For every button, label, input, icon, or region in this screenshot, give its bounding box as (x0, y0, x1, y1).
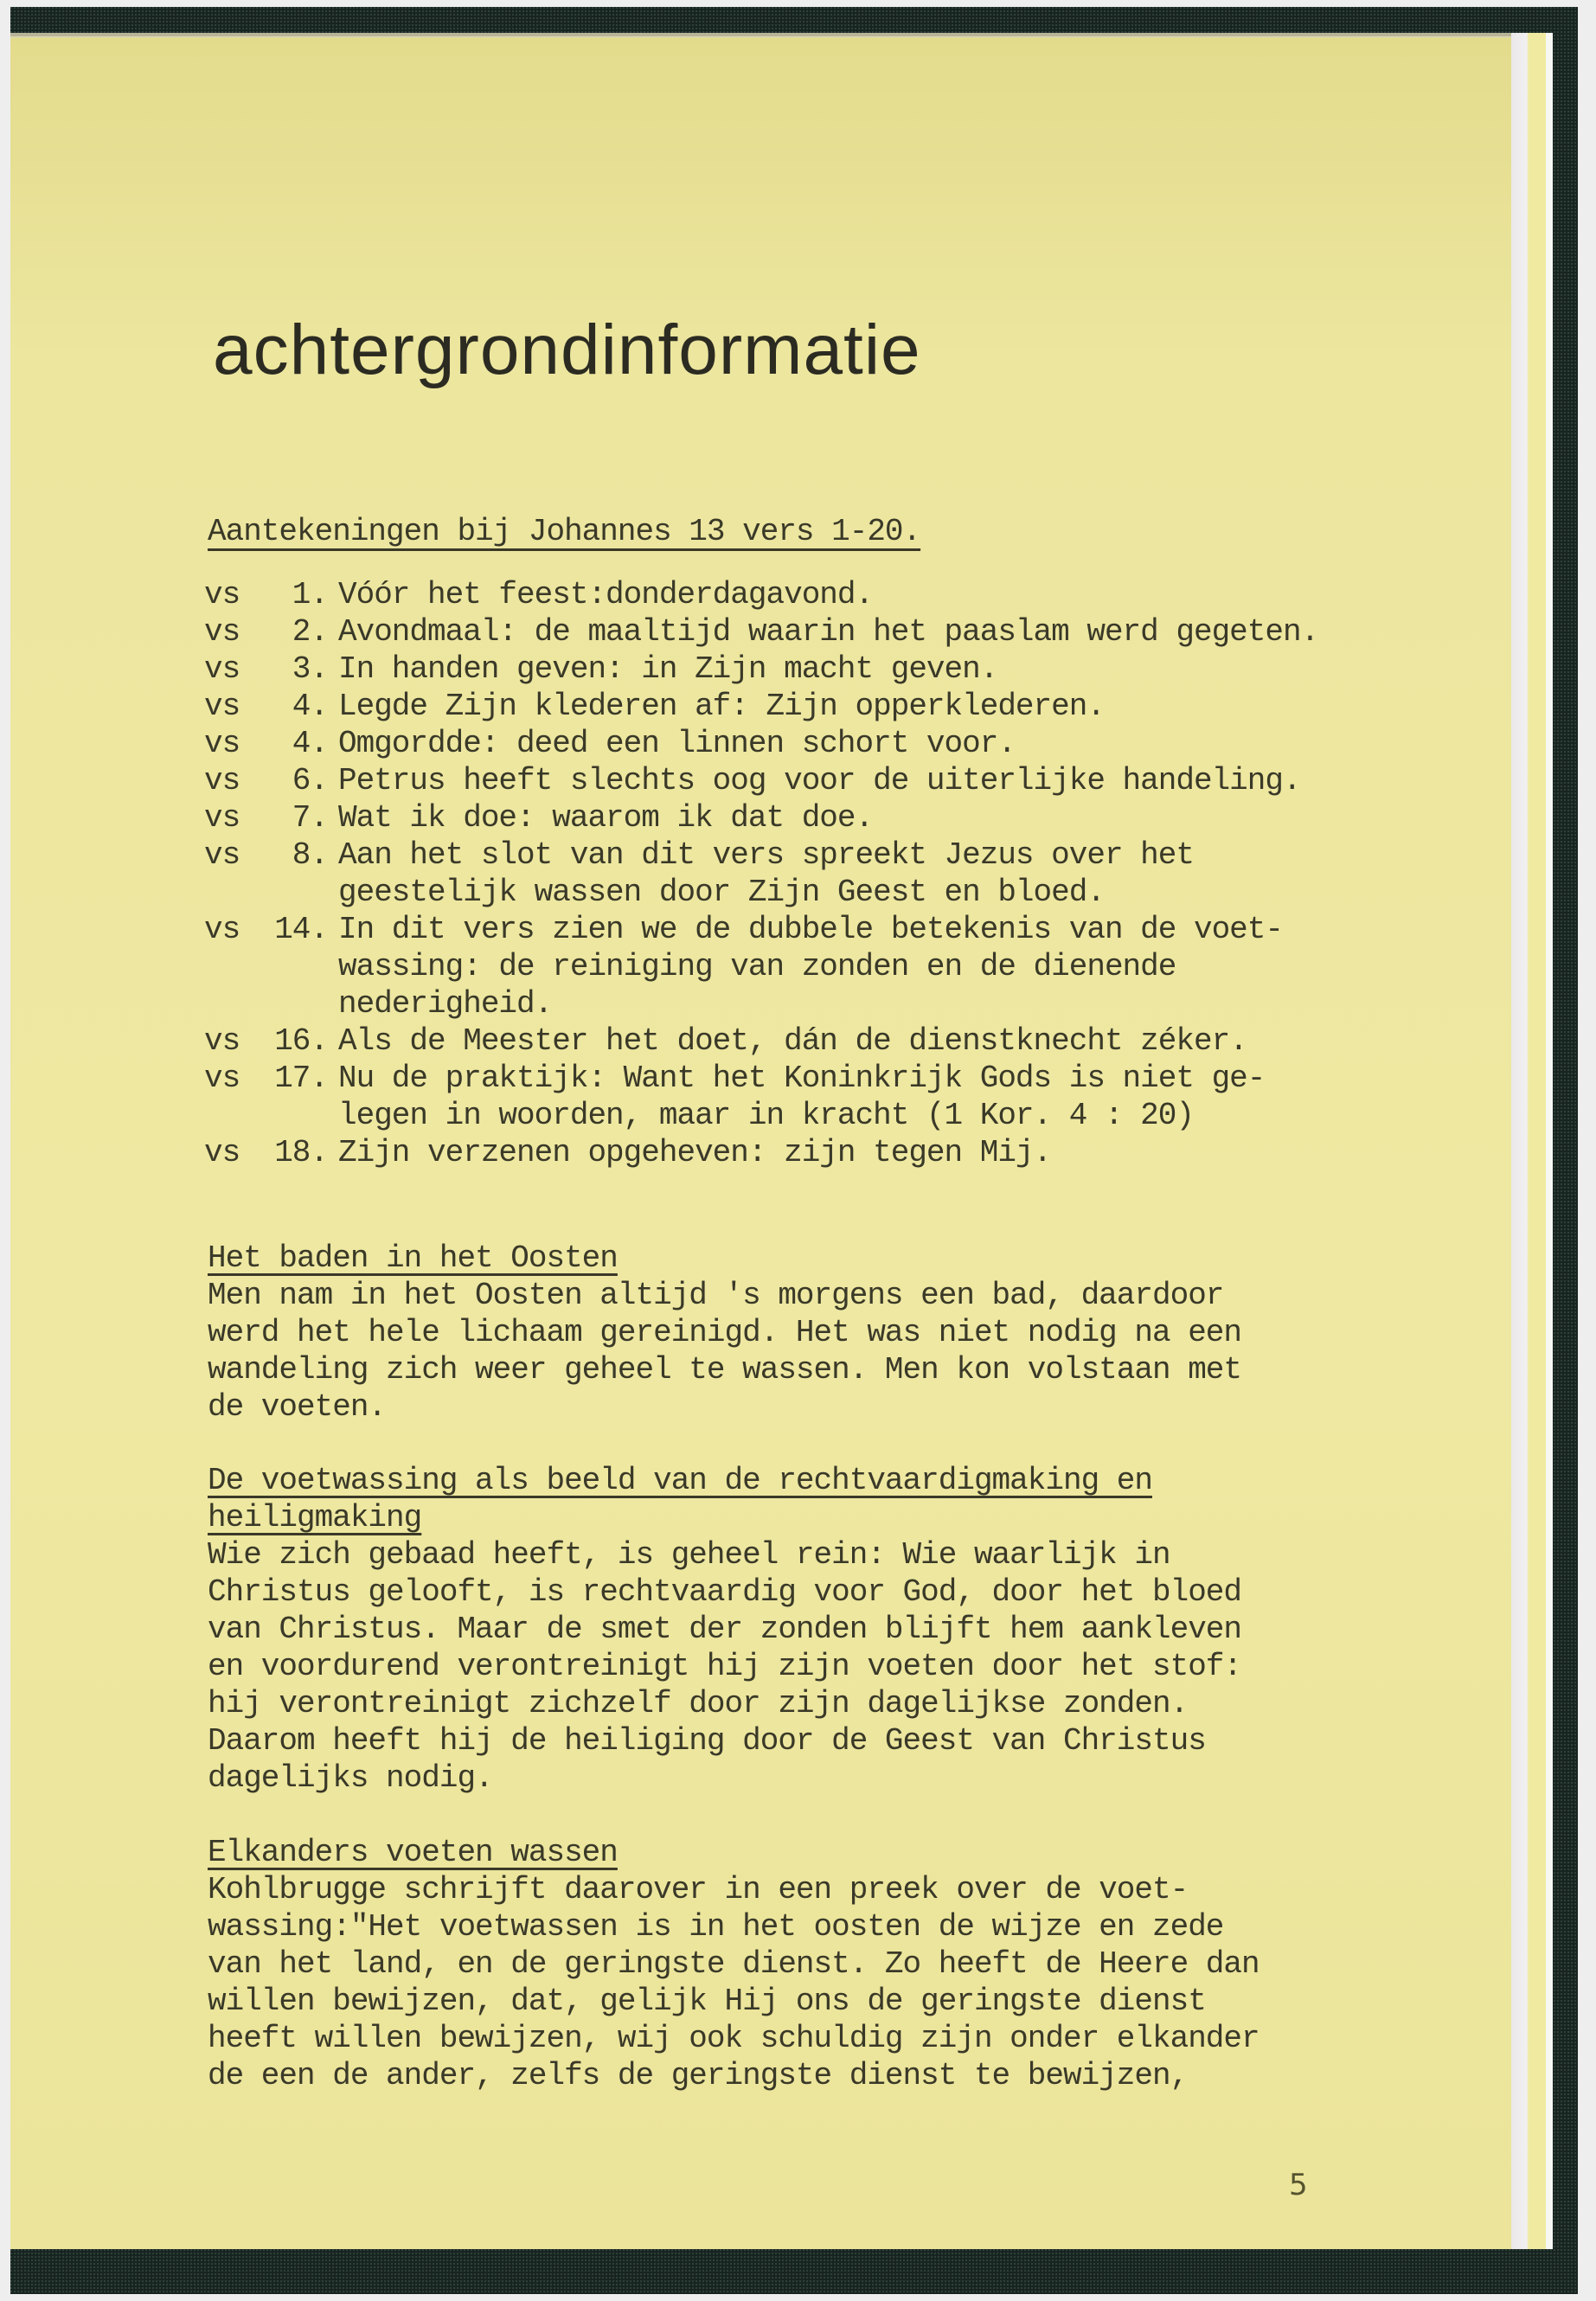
verse-text: Als de Meester het doet, dán de dienstkn… (338, 1022, 1247, 1060)
verse-text: Nu de praktijk: Want het Koninkrijk Gods… (338, 1060, 1265, 1134)
paragraph-line: werd het hele lichaam gereinigd. Het was… (208, 1314, 1436, 1351)
verse-text-line: Zijn verzenen opgeheven: zijn tegen Mij. (338, 1134, 1051, 1171)
notes-subheading: Aantekeningen bij Johannes 13 vers 1-20. (208, 513, 920, 550)
verse-number: 1. (269, 576, 338, 613)
paragraph-line: wassing:"Het voetwassen is in het oosten… (208, 1908, 1436, 1945)
verse-text: Omgordde: deed een linnen schort voor. (338, 725, 1016, 762)
verse-text-line: In dit vers zien we de dubbele betekenis… (338, 911, 1283, 948)
verse-text-line: Avondmaal: de maaltijd waarin het paasla… (338, 613, 1318, 651)
verse-item: vs1.Vóór het feest:donderdagavond. (204, 576, 1318, 613)
verse-text-line: Vóór het feest:donderdagavond. (338, 576, 873, 613)
verse-number: 4. (269, 725, 338, 762)
verse-item: vs17.Nu de praktijk: Want het Koninkrijk… (204, 1060, 1318, 1134)
paragraph-line: van Christus. Maar de smet der zonden bl… (208, 1611, 1436, 1648)
verse-text-line: nederigheid. (338, 985, 1283, 1022)
verse-text-line: Nu de praktijk: Want het Koninkrijk Gods… (338, 1060, 1265, 1097)
paragraph-line: Daarom heeft hij de heiliging door de Ge… (208, 1722, 1436, 1759)
verse-text: In handen geven: in Zijn macht geven. (338, 651, 997, 688)
paragraph-line: Kohlbrugge schrijft daarover in een pree… (208, 1871, 1436, 1908)
section-heading: De voetwassing als beeld van de rechtvaa… (208, 1462, 1436, 1499)
verse-item: vs6.Petrus heeft slechts oog voor de uit… (204, 762, 1318, 799)
verse-text: Zijn verzenen opgeheven: zijn tegen Mij. (338, 1134, 1051, 1171)
verse-prefix: vs (204, 688, 269, 725)
verse-text-line: Petrus heeft slechts oog voor de uiterli… (338, 762, 1301, 799)
verse-text-line: Wat ik doe: waarom ik dat doe. (338, 799, 873, 836)
verse-number: 3. (269, 651, 338, 688)
verse-item: vs3.In handen geven: in Zijn macht geven… (204, 651, 1318, 688)
verse-prefix: vs (204, 762, 269, 799)
section-heading: Het baden in het Oosten (208, 1240, 1436, 1277)
paragraph-line: Christus gelooft, is rechtvaardig voor G… (208, 1574, 1436, 1611)
section-baden: Het baden in het OostenMen nam in het Oo… (208, 1240, 1436, 1426)
verse-text: Avondmaal: de maaltijd waarin het paasla… (338, 613, 1318, 651)
verse-text: Vóór het feest:donderdagavond. (338, 576, 873, 613)
verse-prefix: vs (204, 651, 269, 688)
paragraph-line: en voordurend verontreinigt hij zijn voe… (208, 1648, 1436, 1685)
verse-item: vs4.Legde Zijn klederen af: Zijn opperkl… (204, 688, 1318, 725)
paragraph-line: willen bewijzen, dat, gelijk Hij ons de … (208, 1983, 1436, 2020)
page-title: achtergrondinformatie (213, 310, 921, 391)
verse-prefix: vs (204, 725, 269, 762)
paragraph-line: wandeling zich weer geheel te wassen. Me… (208, 1351, 1436, 1388)
verse-prefix: vs (204, 1134, 269, 1171)
verse-text-line: Legde Zijn klederen af: Zijn opperkleder… (338, 688, 1105, 725)
verse-number: 7. (269, 799, 338, 836)
verse-item: vs8.Aan het slot van dit vers spreekt Je… (204, 836, 1318, 911)
verse-text: Aan het slot van dit vers spreekt Jezus … (338, 836, 1194, 911)
verse-item: vs7.Wat ik doe: waarom ik dat doe. (204, 799, 1318, 836)
verse-text-line: legen in woorden, maar in kracht (1 Kor.… (338, 1097, 1265, 1134)
paragraph-line: heeft willen bewijzen, wij ook schuldig … (208, 2020, 1436, 2057)
verse-prefix: vs (204, 613, 269, 651)
verse-number: 17. (269, 1060, 338, 1134)
verse-item: vs16.Als de Meester het doet, dán de die… (204, 1022, 1318, 1060)
verse-text: Legde Zijn klederen af: Zijn opperkleder… (338, 688, 1105, 725)
verse-text-line: wassing: de reiniging van zonden en de d… (338, 948, 1283, 985)
section-heading: heiligmaking (208, 1499, 1436, 1536)
verse-item: vs4.Omgordde: deed een linnen schort voo… (204, 725, 1318, 762)
verse-text: Wat ik doe: waarom ik dat doe. (338, 799, 873, 836)
verse-text-line: Als de Meester het doet, dán de dienstkn… (338, 1022, 1247, 1060)
verse-text: In dit vers zien we de dubbele betekenis… (338, 911, 1283, 1022)
verse-number: 6. (269, 762, 338, 799)
verse-prefix: vs (204, 911, 269, 1022)
verse-item: vs18.Zijn verzenen opgeheven: zijn tegen… (204, 1134, 1318, 1171)
verse-text-line: Aan het slot van dit vers spreekt Jezus … (338, 836, 1194, 874)
section-voetwassing-beeld: De voetwassing als beeld van de rechtvaa… (208, 1462, 1436, 1797)
verse-prefix: vs (204, 799, 269, 836)
verse-number: 18. (269, 1134, 338, 1171)
paragraph-line: van het land, en de geringste dienst. Zo… (208, 1945, 1436, 1983)
verse-prefix: vs (204, 1060, 269, 1134)
section-heading: Elkanders voeten wassen (208, 1834, 1436, 1871)
paragraph-line: de voeten. (208, 1388, 1436, 1426)
section-elkanders-voeten: Elkanders voeten wassenKohlbrugge schrij… (208, 1834, 1436, 2094)
verse-text-line: geestelijk wassen door Zijn Geest en blo… (338, 874, 1194, 911)
verse-number: 14. (269, 911, 338, 1022)
paragraph-line: Wie zich gebaad heeft, is geheel rein: W… (208, 1536, 1436, 1574)
verse-notes-list: vs1.Vóór het feest:donderdagavond.vs2.Av… (204, 576, 1318, 1171)
document-page: achtergrondinformatie Aantekeningen bij … (10, 33, 1511, 2249)
paragraph-line: dagelijks nodig. (208, 1759, 1436, 1797)
verse-number: 4. (269, 688, 338, 725)
verse-number: 2. (269, 613, 338, 651)
verse-prefix: vs (204, 576, 269, 613)
paragraph-line: hij verontreinigt zichzelf door zijn dag… (208, 1685, 1436, 1722)
verse-item: vs14.In dit vers zien we de dubbele bete… (204, 911, 1318, 1022)
verse-number: 8. (269, 836, 338, 911)
paragraph-line: Men nam in het Oosten altijd 's morgens … (208, 1277, 1436, 1314)
verse-text: Petrus heeft slechts oog voor de uiterli… (338, 762, 1301, 799)
verse-item: vs2.Avondmaal: de maaltijd waarin het pa… (204, 613, 1318, 651)
verse-number: 16. (269, 1022, 338, 1060)
paragraph-line: de een de ander, zelfs de geringste dien… (208, 2057, 1436, 2094)
verse-prefix: vs (204, 1022, 269, 1060)
verse-text-line: Omgordde: deed een linnen schort voor. (338, 725, 1016, 762)
verse-text-line: In handen geven: in Zijn macht geven. (338, 651, 997, 688)
page-number: 5 (1289, 2168, 1308, 2202)
verse-prefix: vs (204, 836, 269, 911)
